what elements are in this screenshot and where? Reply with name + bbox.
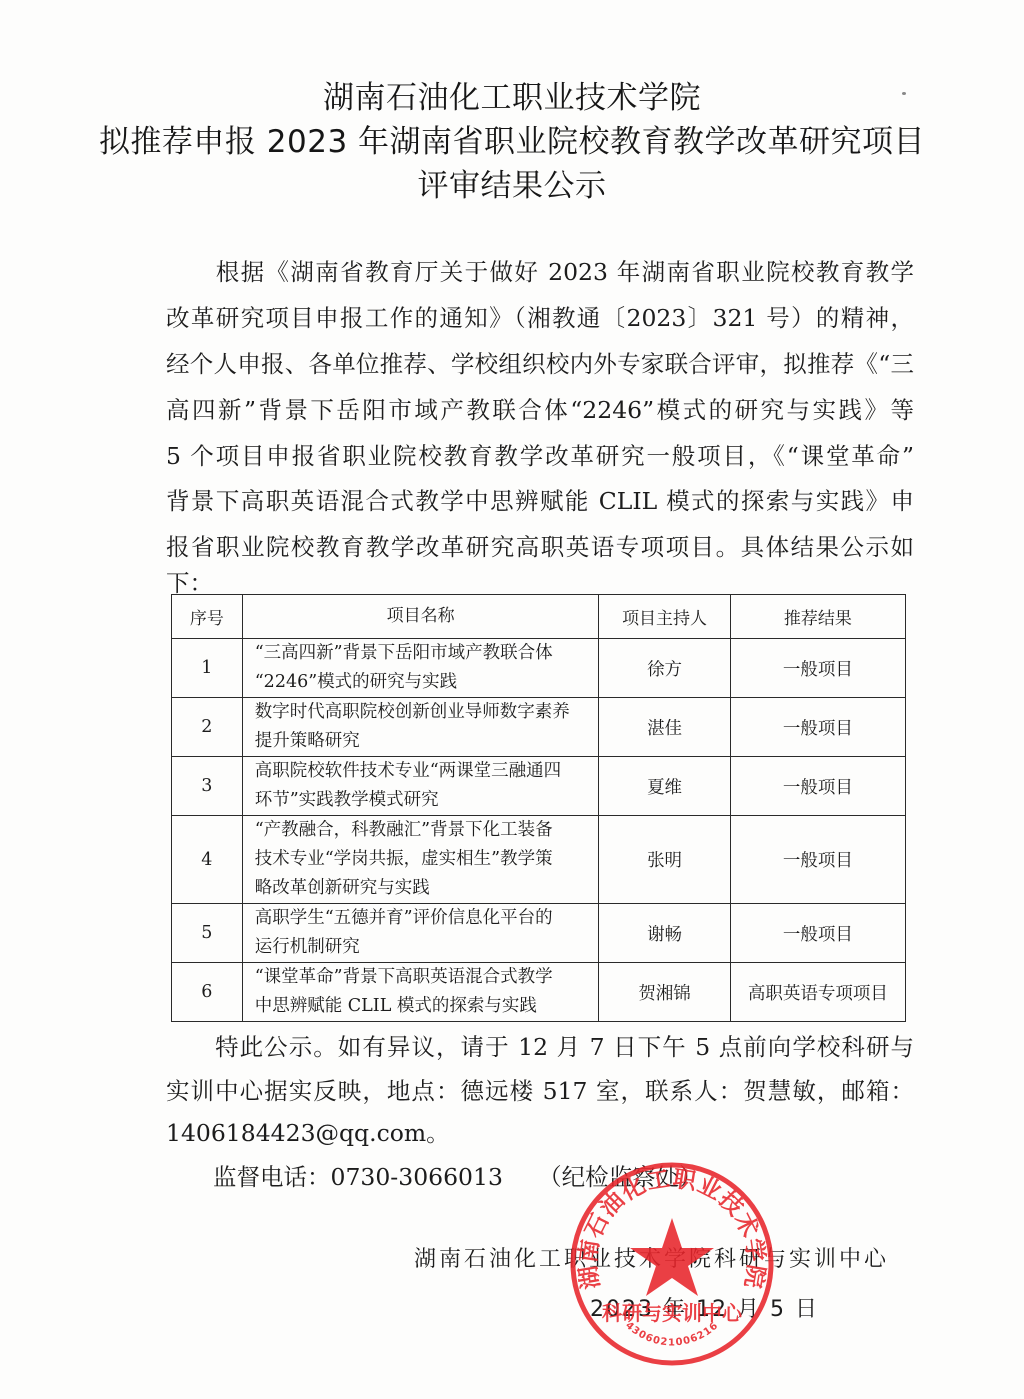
supervision-line: 监督电话：0730-3066013 （纪检监察处） [166,1158,914,1192]
cell-no: 3 [172,757,243,816]
cell-no: 4 [172,816,243,904]
name-line: “课堂革命”背景下高职英语混合式教学 [255,963,599,992]
official-seal-icon: 湖南石油化工职业技术学院 科研与实训中心 4306021006216 [568,1160,776,1368]
paragraph-line: 根据《湖南省教育厅关于做好 2023 年湖南省职业院校教育教学 [166,253,914,287]
cell-project-name: “产教融合，科教融汇”背景下化工装备 技术专业“学岗共振，虚实相生”教学策 略改… [242,816,599,904]
header-project-name: 项目名称 [242,595,599,639]
paragraph-line: 改革研究项目申报工作的通知》（湘教通〔2023〕321 号）的精神， [166,299,914,333]
name-line: 环节”实践教学模式研究 [255,786,599,815]
cell-project-name: “三高四新”背景下岳阳市域产教联合体 “2246”模式的研究与实践 [242,639,599,698]
cell-host: 谢畅 [599,904,730,963]
name-line: “产教融合，科教融汇”背景下化工装备 [255,816,599,845]
title-subject: 拟推荐申报 2023 年湖南省职业院校教育教学改革研究项目 [0,116,1024,161]
table-row: 4 “产教融合，科教融汇”背景下化工装备 技术专业“学岗共振，虚实相生”教学策 … [172,816,906,904]
header-no: 序号 [172,595,243,639]
header-result: 推荐结果 [730,595,905,639]
table-row: 1 “三高四新”背景下岳阳市域产教联合体 “2246”模式的研究与实践 徐方 一… [172,639,906,698]
cell-no: 1 [172,639,243,698]
results-table: 序号 项目名称 项目主持人 推荐结果 1 “三高四新”背景下岳阳市域产教联合体 … [171,594,906,1022]
cell-result: 高职英语专项项目 [730,963,905,1022]
paragraph-line: 实训中心据实反映，地点：德远楼 517 室，联系人：贺慧敏，邮箱： [166,1072,914,1106]
cell-result: 一般项目 [730,639,905,698]
table-row: 6 “课堂革命”背景下高职英语混合式教学 中思辨赋能 CLIL 模式的探索与实践… [172,963,906,1022]
cell-host: 夏维 [599,757,730,816]
paragraph-line: 下： [166,564,914,598]
name-line: 高职学生“五德并育”评价信息化平台的 [255,904,599,933]
paragraph-line: 1406184423@qq.com。 [166,1114,914,1148]
title-institution: 湖南石油化工职业技术学院 [0,72,1024,117]
name-line: 运行机制研究 [255,933,599,962]
cell-no: 6 [172,963,243,1022]
table-row: 3 高职院校软件技术专业“两课堂三融通四 环节”实践教学模式研究 夏维 一般项目 [172,757,906,816]
cell-project-name: 高职院校软件技术专业“两课堂三融通四 环节”实践教学模式研究 [242,757,599,816]
title-notice: 评审结果公示 [0,160,1024,205]
table-row: 2 数字时代高职院校创新创业导师数字素养 提升策略研究 湛佳 一般项目 [172,698,906,757]
cell-host: 湛佳 [599,698,730,757]
paragraph-line: 高四新”背景下岳阳市域产教联合体“2246”模式的研究与实践》等 [166,391,914,425]
table-header-row: 序号 项目名称 项目主持人 推荐结果 [172,595,906,639]
name-line: 数字时代高职院校创新创业导师数字素养 [255,698,599,727]
cell-no: 5 [172,904,243,963]
cell-project-name: 高职学生“五德并育”评价信息化平台的 运行机制研究 [242,904,599,963]
paragraph-line: 5 个项目申报省职业院校教育教学改革研究一般项目，《“课堂革命” [166,437,914,471]
cell-no: 2 [172,698,243,757]
paragraph-line: 背景下高职英语混合式教学中思辨赋能 CLIL 模式的探索与实践》申 [166,482,914,516]
name-line: 中思辨赋能 CLIL 模式的探索与实践 [255,992,599,1021]
cell-host: 贺湘锦 [599,963,730,1022]
name-line: 略改革创新研究与实践 [255,874,599,903]
cell-result: 一般项目 [730,757,905,816]
paragraph-line: 报省职业院校教育教学改革研究高职英语专项项目。具体结果公示如 [166,528,914,562]
header-host: 项目主持人 [599,595,730,639]
table-row: 5 高职学生“五德并育”评价信息化平台的 运行机制研究 谢畅 一般项目 [172,904,906,963]
paragraph-line: 经个人申报、各单位推荐、学校组织校内外专家联合评审，拟推荐《“三 [166,345,914,379]
name-line: “三高四新”背景下岳阳市域产教联合体 [255,639,599,668]
cell-result: 一般项目 [730,698,905,757]
cell-result: 一般项目 [730,904,905,963]
svg-text:科研与实训中心: 科研与实训中心 [602,1301,743,1325]
name-line: 高职院校软件技术专业“两课堂三融通四 [255,757,599,786]
name-line: 技术专业“学岗共振，虚实相生”教学策 [255,845,599,874]
cell-result: 一般项目 [730,816,905,904]
cell-project-name: 数字时代高职院校创新创业导师数字素养 提升策略研究 [242,698,599,757]
paragraph-line: 特此公示。如有异议，请于 12 月 7 日下午 5 点前向学校科研与 [166,1028,914,1062]
cell-project-name: “课堂革命”背景下高职英语混合式教学 中思辨赋能 CLIL 模式的探索与实践 [242,963,599,1022]
name-line: 提升策略研究 [255,727,599,756]
cell-host: 张明 [599,816,730,904]
name-line: “2246”模式的研究与实践 [255,668,599,697]
cell-host: 徐方 [599,639,730,698]
